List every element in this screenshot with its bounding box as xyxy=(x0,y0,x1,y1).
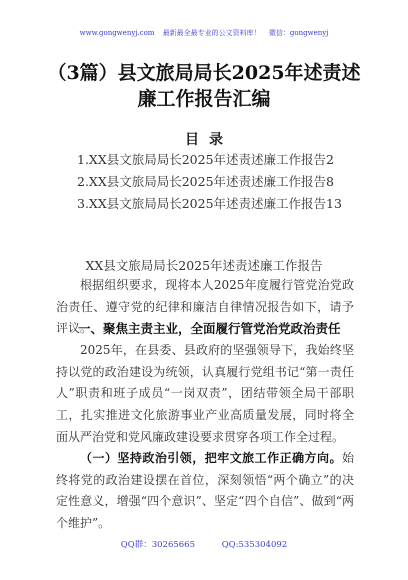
slogan: 最新最全最专业的公文资料库！ xyxy=(163,29,261,37)
document-title: （3篇）县文旅局局长2025年述责述廉工作报告汇编 xyxy=(40,60,368,112)
site-link[interactable]: www.gongwenyj.com xyxy=(80,29,155,37)
toc-heading: 目录 xyxy=(0,129,408,149)
toc-item[interactable]: 2.XX县文旅局局长2025年述责述廉工作报告8 xyxy=(77,171,342,193)
wechat-id: 微信：gongwenyj xyxy=(269,29,328,37)
qq-number: QQ:535304092 xyxy=(222,540,287,550)
report-title: XX县文旅局局长2025年述责述廉工作报告 xyxy=(0,256,408,274)
page-header: www.gongwenyj.com 最新最全最专业的公文资料库！ 微信：gong… xyxy=(0,28,408,38)
table-of-contents: 1.XX县文旅局局长2025年述责述廉工作报告2 2.XX县文旅局局长2025年… xyxy=(77,149,342,215)
page-footer: QQ群：30265665 QQ:535304092 xyxy=(0,538,408,550)
toc-item[interactable]: 1.XX县文旅局局长2025年述责述廉工作报告2 xyxy=(77,149,342,171)
qq-group: QQ群：30265665 xyxy=(121,540,195,550)
toc-item[interactable]: 3.XX县文旅局局长2025年述责述廉工作报告13 xyxy=(77,193,342,215)
section-heading: 一、聚焦主责主业，全面履行管党治党政治责任 xyxy=(78,319,341,337)
subsection-heading: （一）坚持政治引领，把牢文旅工作正确方向。 xyxy=(80,451,342,465)
section-paragraph: 2025年，在县委、县政府的坚强领导下，我始终坚持以党的政治建设为统领，认真履行… xyxy=(56,340,354,449)
subsection-paragraph: （一）坚持政治引领，把牢文旅工作正确方向。始终将党的政治建设摆在首位，深刻领悟“… xyxy=(56,448,354,535)
